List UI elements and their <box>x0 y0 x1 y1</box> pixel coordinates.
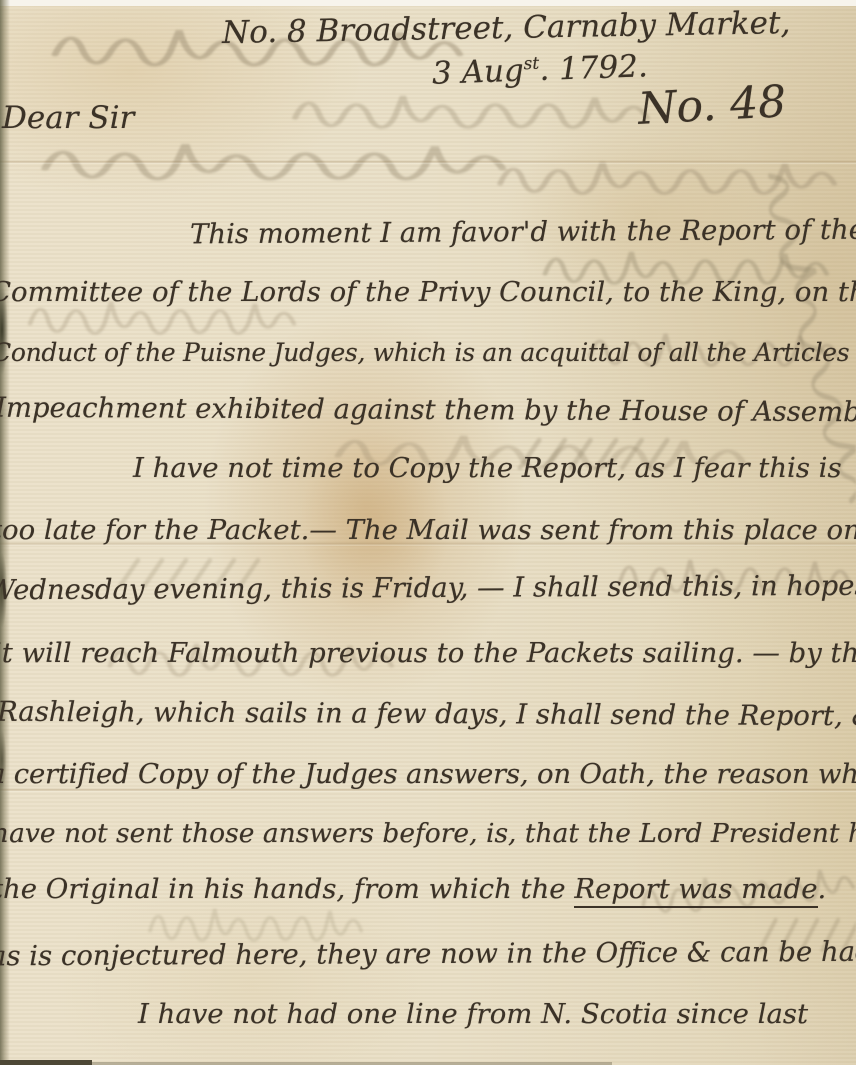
paper-crease <box>0 160 856 164</box>
salutation: Dear Sir <box>2 100 134 136</box>
letter-date-year: . 1792. <box>539 48 649 88</box>
letter-line: Committee of the Lords of the Privy Coun… <box>0 276 856 308</box>
letter-line: Rashleigh, which sails in a few days, I … <box>0 696 856 733</box>
letter-number: No. 48 <box>637 76 788 135</box>
letter-line: too late for the Packet.— The Mail was s… <box>0 514 856 546</box>
letter-line-text: . <box>818 873 827 905</box>
letter-date: 3 Augst. 1792. <box>431 48 648 92</box>
letter-date-superscript: st <box>523 54 539 75</box>
letter-line: Wednesday evening, this is Friday, — I s… <box>0 570 856 607</box>
letter-line: a certified Copy of the Judges answers, … <box>0 758 856 790</box>
letter-line: This moment I am favor'd with the Report… <box>190 214 856 251</box>
underlined-phrase: Report was made <box>574 873 817 908</box>
letter-line: Conduct of the Puisne Judges, which is a… <box>0 338 856 367</box>
letter-line-text: the Original in his hands, from which th… <box>0 873 574 905</box>
letter-line: have not sent those answers before, is, … <box>0 818 856 849</box>
letter-line: it will reach Falmouth previous to the P… <box>0 637 856 669</box>
letter-line: Impeachment exhibited against them by th… <box>0 392 856 429</box>
letter-line: the Original in his hands, from which th… <box>0 873 826 905</box>
letter-line: I have not had one line from N. Scotia s… <box>138 998 808 1030</box>
letter-date-day: 3 Aug <box>431 53 524 92</box>
letter-line: I have not time to Copy the Report, as I… <box>133 452 842 484</box>
letter-line: as is conjectured here, they are now in … <box>0 936 856 973</box>
page-bottom-edge <box>0 1060 92 1065</box>
letter-scan: No. 8 Broadstreet, Carnaby Market, 3 Aug… <box>0 0 856 1065</box>
